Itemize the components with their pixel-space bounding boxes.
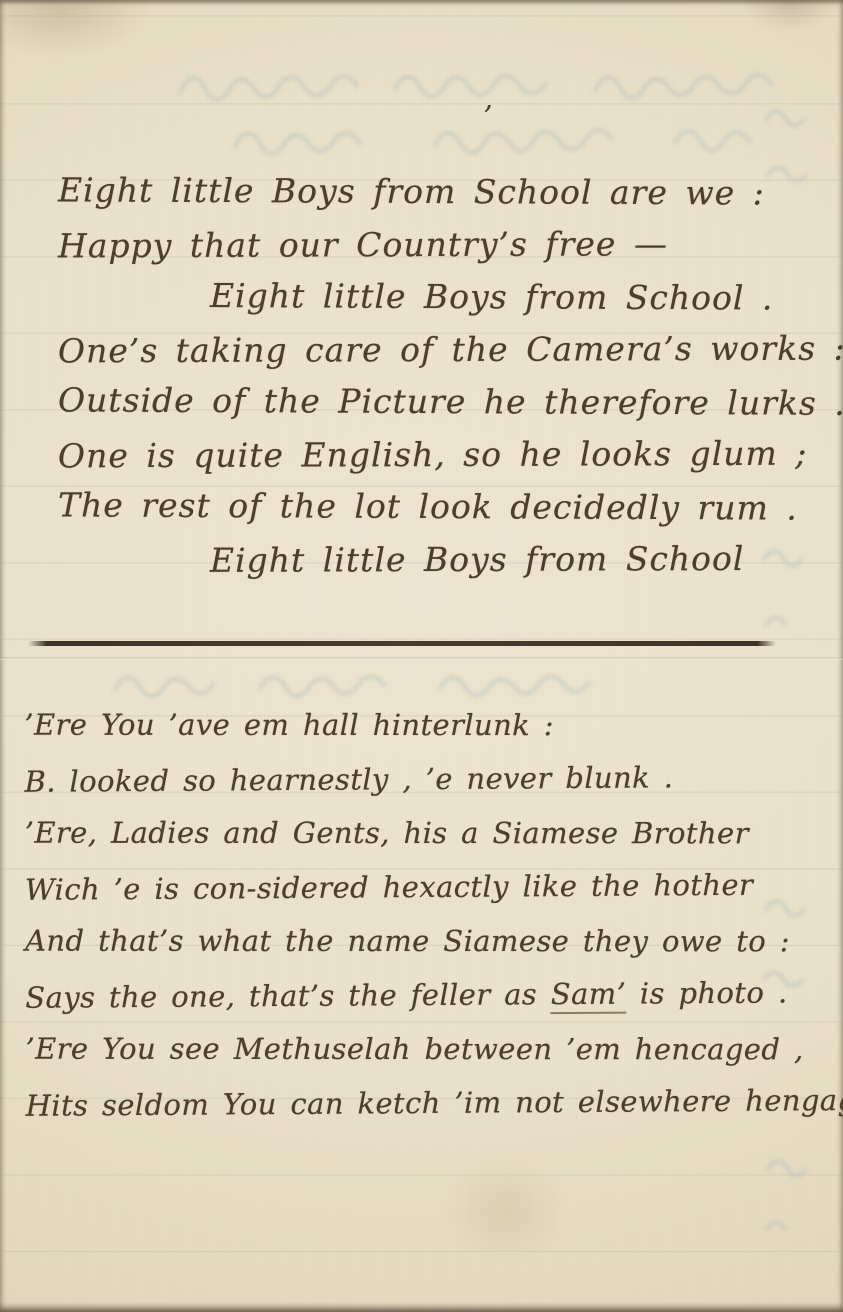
poem-line: Wich ’e is con-sidered hexactly like the… xyxy=(25,857,830,917)
poem-line: Eight little Boys from School . xyxy=(58,269,818,325)
manuscript-page: ’ Eight little Boys from School are we :… xyxy=(0,0,843,1312)
poem-line: ’Ere You ’ave em hall hinterlunk : xyxy=(24,698,829,753)
poem-line: Hits seldom You can ketch ’im not elsewh… xyxy=(25,1073,830,1133)
underlined-word: Sam’ xyxy=(551,977,627,1015)
poem-line: Eight little Boys from School xyxy=(58,532,818,587)
poem-line: Eight little Boys from School are we : xyxy=(58,164,818,220)
bleed-through-ghost-writing xyxy=(175,55,815,175)
poem-line: One is quite English, so he looks glum ; xyxy=(58,427,818,482)
page-edge-shadow-top xyxy=(0,0,843,5)
stanza-first: Eight little Boys from School are we : H… xyxy=(58,166,818,586)
poem-line: The rest of the lot look decidedly rum . xyxy=(58,479,818,535)
page-edge-shadow-bottom xyxy=(0,1302,843,1312)
fold-crease xyxy=(0,657,843,660)
section-divider-rule xyxy=(28,641,776,646)
poem-line: And that’s what the name Siamese they ow… xyxy=(25,914,830,969)
poem-line: Outside of the Picture he therefore lurk… xyxy=(58,374,818,430)
poem-line-segment: Says the one, that’s the feller as xyxy=(25,977,551,1015)
poem-line-segment: is photo . xyxy=(626,975,787,1010)
poem-line: One’s taking care of the Camera’s works … xyxy=(58,322,818,377)
poem-line: ’Ere, Ladies and Gents, his a Siamese Br… xyxy=(25,806,830,861)
poem-line: B. looked so hearnestly , ’e never blunk… xyxy=(24,749,829,809)
stanza-second: ’Ere You ’ave em hall hinterlunk : B. lo… xyxy=(24,697,831,1132)
poem-line: ’Ere You see Methuselah between ’em henc… xyxy=(25,1022,830,1077)
poem-line: Happy that our Country’s free — xyxy=(58,217,818,272)
stray-ink-mark: ’ xyxy=(483,100,493,135)
poem-line: Says the one, that’s the feller as Sam’ … xyxy=(25,965,830,1025)
